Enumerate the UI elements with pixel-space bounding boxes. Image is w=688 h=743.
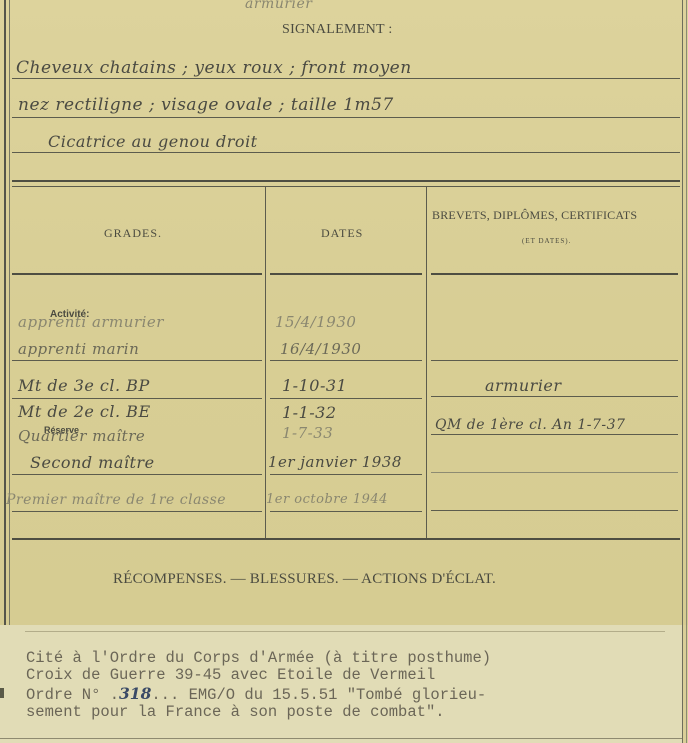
citation-order-prefix: Ordre N° . (26, 686, 119, 704)
left-border (4, 0, 6, 625)
slip-margin-mark (0, 688, 4, 698)
date-row-4: 1-1-32 (282, 403, 337, 422)
header-rule (270, 273, 422, 275)
citation-order-suffix: ... EMG/O du 15.5.51 "Tombé glorieu- (151, 686, 486, 704)
citation-line-3: Ordre N° .318... EMG/O du 15.5.51 "Tombé… (26, 685, 486, 704)
citation-slip (0, 625, 682, 743)
row-rule (431, 360, 678, 361)
date-row-6: 1er janvier 1938 (268, 453, 402, 471)
grade-row-4: Mt de 2e cl. BE (18, 402, 151, 421)
row-rule (431, 434, 678, 435)
signalement-title: SIGNALEMENT : (282, 22, 393, 38)
grade-row-7: Premier maître de 1re classe (6, 492, 226, 508)
signalement-line-1: Cheveux chatains ; yeux roux ; front moy… (16, 58, 412, 78)
row-rule (270, 398, 422, 399)
grade-row-3: Mt de 3e cl. BP (18, 376, 150, 395)
signalement-line-2: nez rectiligne ; visage ovale ; taille 1… (18, 95, 394, 115)
row-rule (270, 360, 422, 361)
grade-row-1: apprenti armurier (18, 313, 164, 331)
citation-line-4: sement pour la France à son poste de com… (26, 704, 445, 721)
row-rule (12, 474, 262, 475)
citation-order-number: 318 (119, 684, 151, 703)
slip-rule (25, 631, 665, 632)
rule (12, 78, 680, 79)
date-row-5: 1-7-33 (282, 424, 333, 442)
right-border-outer (686, 0, 687, 743)
header-grades: GRADES. (104, 226, 162, 241)
rule (12, 152, 680, 153)
row-rule (12, 511, 262, 512)
citation-line-2: Croix de Guerre 39-45 avec Etoile de Ver… (26, 667, 435, 684)
header-rule (12, 273, 262, 275)
row-rule (431, 396, 678, 397)
table-top-rule (12, 180, 680, 182)
brevet-1: armurier (485, 376, 562, 395)
row-rule (431, 510, 678, 511)
citation-line-1: Cité à l'Ordre du Corps d'Armée (à titre… (26, 650, 491, 667)
signalement-line-3: Cicatrice au genou droit (48, 132, 258, 151)
row-rule (12, 398, 262, 399)
date-row-3: 1-10-31 (282, 376, 347, 395)
grade-row-5: Quartier maître (18, 427, 145, 445)
table-top-rule-2 (12, 186, 680, 187)
row-rule (270, 511, 422, 512)
header-brevets-sub: (ET DATES). (522, 237, 571, 245)
brevet-2: QM de 1ère cl. An 1-7-37 (435, 417, 625, 433)
section-title: RÉCOMPENSES. — BLESSURES. — ACTIONS D'ÉC… (113, 571, 496, 588)
column-divider (265, 186, 266, 538)
date-row-2: 16/4/1930 (280, 340, 361, 358)
left-border-inner (9, 0, 10, 625)
row-rule (431, 472, 678, 473)
grade-row-2: apprenti marin (18, 340, 139, 358)
rule (12, 117, 680, 118)
table-bottom-rule (12, 538, 680, 540)
row-rule (270, 474, 422, 475)
grade-row-6: Second maître (30, 453, 155, 472)
row-rule (12, 360, 262, 361)
header-rule (431, 273, 678, 275)
header-dates: DATES (321, 226, 363, 241)
date-row-7: 1er octobre 1944 (266, 492, 388, 507)
top-annotation: armurier (245, 0, 312, 12)
header-brevets: BREVETS, DIPLÔMES, CERTIFICATS (432, 208, 637, 223)
column-divider (426, 186, 427, 538)
slip-bottom-rule (0, 738, 682, 739)
date-row-1: 15/4/1930 (275, 313, 356, 331)
right-border (682, 0, 683, 743)
